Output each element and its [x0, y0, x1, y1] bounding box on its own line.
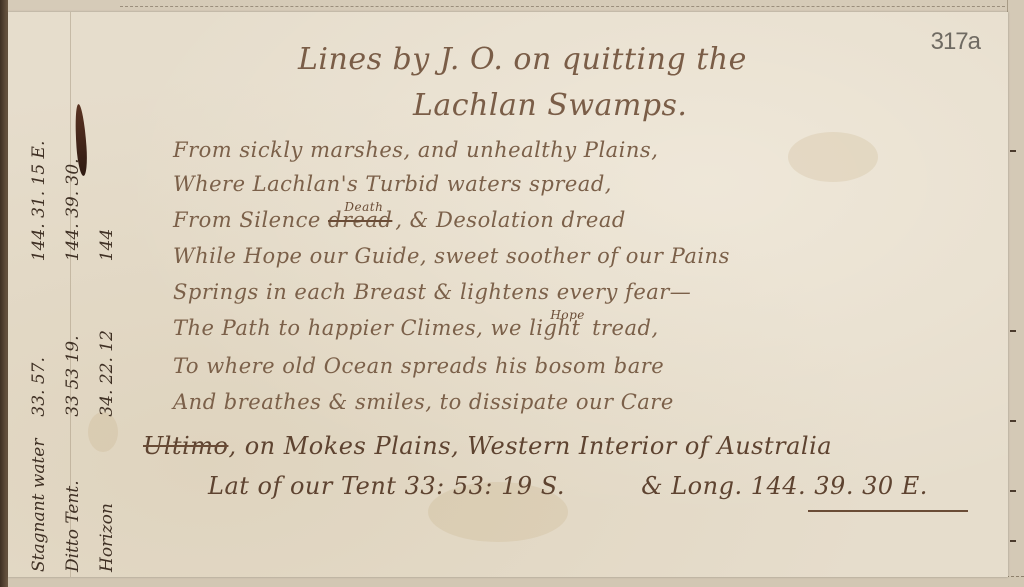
- inserted-word: Death: [344, 200, 383, 214]
- margin-note-latitude: 34. 22. 12: [90, 267, 124, 417]
- place-text: , on Mokes Plains, Western Interior of A…: [228, 432, 832, 460]
- verse-line-3: From Silence dreadDeath, & Desolation dr…: [173, 208, 626, 232]
- underlying-page-right-edge: [1007, 0, 1024, 587]
- margin-note-label: Ditto Tent.: [56, 422, 90, 572]
- verse-line-4: While Hope our Guide, sweet soother of o…: [173, 244, 730, 268]
- verse-line-5: Springs in each Breast & lightens every …: [173, 280, 691, 304]
- page-number: 317a: [931, 28, 980, 56]
- underlying-ink-mark: [1010, 490, 1016, 492]
- margin-note-label: Stagnant water: [22, 422, 56, 572]
- title-line-2: Lachlan Swamps.: [413, 88, 687, 123]
- longitude-underline: [808, 510, 968, 512]
- longitude-label: & Long.: [641, 472, 742, 500]
- verse-line-1: From sickly marshes, and unhealthy Plain…: [173, 138, 658, 162]
- margin-note-latitude: 33. 57.: [22, 267, 56, 417]
- verse-line-8: And breathes & smiles, to dissipate our …: [173, 390, 674, 414]
- inserted-word: Hope: [550, 308, 584, 322]
- verse-line-6: The Path to happier Climes, we lightHope…: [173, 316, 659, 340]
- verse-line-7: To where old Ocean spreads his bosom bar…: [173, 354, 664, 378]
- margin-note-latitude: 33 53 19.: [56, 267, 90, 417]
- title-line-1: Lines by J. O. on quitting the: [298, 42, 747, 77]
- margin-note-row: Stagnant water 33. 57. 144. 31. 15 E.: [22, 52, 56, 572]
- underlying-ink-mark: [1010, 150, 1016, 152]
- margin-note-row: Horizon 34. 22. 12 144: [90, 52, 124, 572]
- verse-line-2: Where Lachlan's Turbid waters spread,: [173, 172, 612, 196]
- margin-note-longitude: 144. 31. 15 E.: [22, 141, 56, 262]
- verse-text: tread,: [585, 316, 659, 340]
- latitude-text: Lat of our Tent 33: 53: 19 S.: [208, 472, 565, 500]
- margin-note-row: Ditto Tent. 33 53 19. 144. 39. 30.: [56, 52, 90, 572]
- underlying-page-bottom-edge: [0, 576, 1024, 587]
- verse-text: From Silence: [173, 208, 321, 232]
- margin-notes: Stagnant water 33. 57. 144. 31. 15 E. Di…: [22, 52, 124, 572]
- paper-stain: [788, 132, 878, 182]
- verse-text: , & Desolation dread: [395, 208, 626, 232]
- verse-text: The Path to happier Climes, we light: [173, 316, 580, 340]
- binding-spine: [0, 0, 8, 587]
- underlying-ink-mark: [1010, 540, 1016, 542]
- struck-word: Ultimo: [143, 432, 228, 460]
- margin-note-longitude: 144. 39. 30.: [56, 158, 90, 261]
- margin-note-longitude: 144: [90, 229, 124, 261]
- manuscript-scan: 317a Lines by J. O. on quitting the Lach…: [0, 0, 1024, 587]
- underlying-page-writing: [120, 0, 1020, 7]
- coordinates-line: Lat of our Tent 33: 53: 19 S. & Long. 14…: [208, 472, 928, 500]
- place-line: Ultimo, on Mokes Plains, Western Interio…: [143, 432, 832, 460]
- underlying-ink-mark: [1010, 420, 1016, 422]
- underlying-ink-mark: [1010, 330, 1016, 332]
- longitude-value: 144. 39. 30 E.: [751, 472, 928, 500]
- manuscript-sheet: 317a Lines by J. O. on quitting the Lach…: [8, 12, 1008, 577]
- margin-note-label: Horizon: [90, 422, 124, 572]
